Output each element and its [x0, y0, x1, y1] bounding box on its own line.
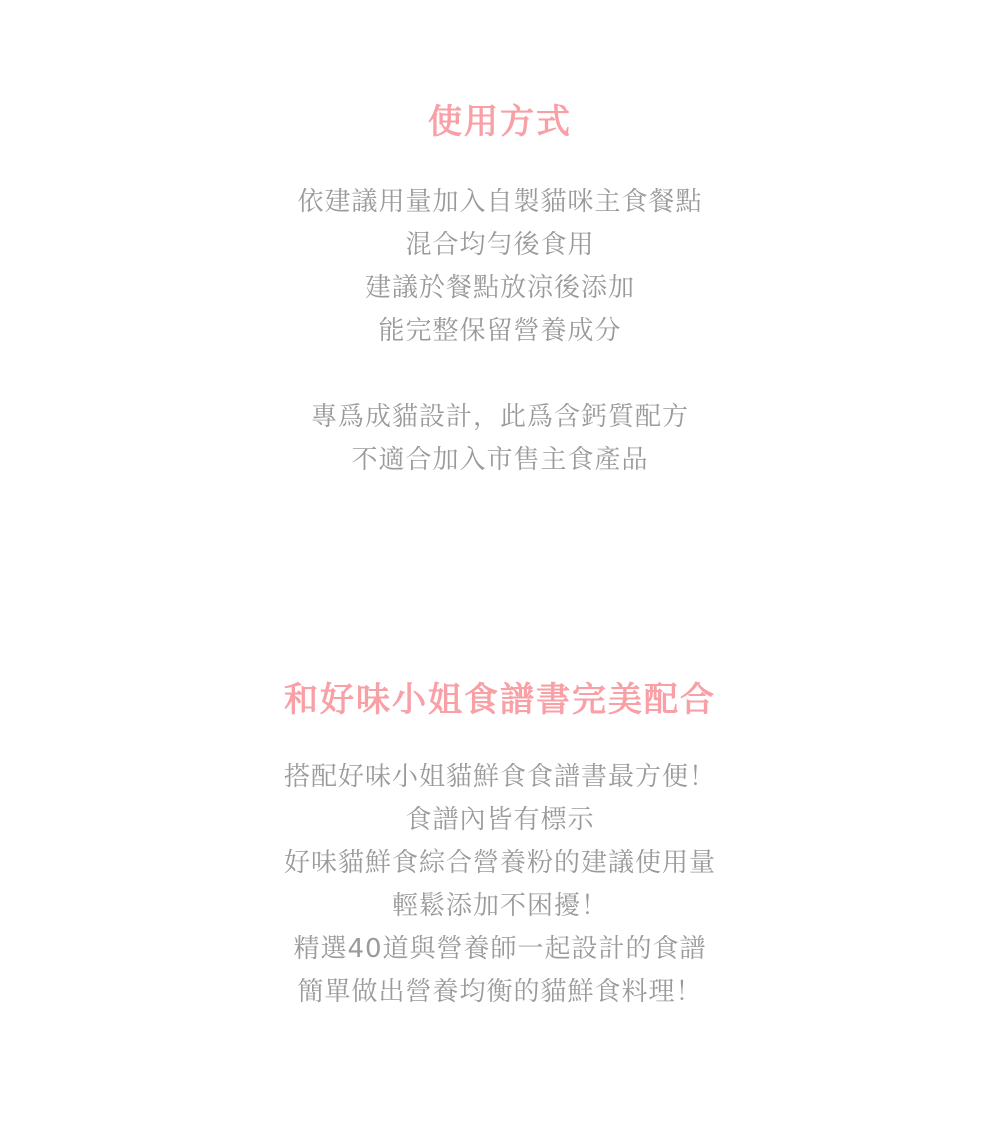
body-text-line: 建議於餐點放涼後添加: [0, 267, 1000, 310]
body-text-line: 能完整保留營養成分: [0, 310, 1000, 353]
usage-paragraph-note: 專爲成貓設計，此爲含鈣質配方 不適合加入市售主食產品: [0, 396, 1000, 482]
body-text-line: 不適合加入市售主食產品: [0, 439, 1000, 482]
usage-paragraph-main: 依建議用量加入自製貓咪主食餐點 混合均勻後食用 建議於餐點放涼後添加 能完整保留…: [0, 181, 1000, 353]
section-title-usage: 使用方式: [0, 98, 1000, 146]
body-text-line: 好味貓鮮食綜合營養粉的建議使用量: [0, 842, 1000, 885]
product-description-page: 使用方式 依建議用量加入自製貓咪主食餐點 混合均勻後食用 建議於餐點放涼後添加 …: [0, 0, 1000, 1130]
body-text-line: 搭配好味小姐貓鮮食食譜書最方便！: [0, 756, 1000, 799]
body-text-line: 精選40道與營養師一起設計的食譜: [0, 928, 1000, 971]
body-text-line: 專爲成貓設計，此爲含鈣質配方: [0, 396, 1000, 439]
body-text-line: 簡單做出營養均衡的貓鮮食料理！: [0, 971, 1000, 1014]
section-title-recipe-book: 和好味小姐食譜書完美配合: [0, 676, 1000, 724]
body-text-line: 食譜內皆有標示: [0, 799, 1000, 842]
body-text-line: 輕鬆添加不困擾！: [0, 885, 1000, 928]
body-text-line: 依建議用量加入自製貓咪主食餐點: [0, 181, 1000, 224]
body-text-line: 混合均勻後食用: [0, 224, 1000, 267]
recipe-book-paragraph: 搭配好味小姐貓鮮食食譜書最方便！ 食譜內皆有標示 好味貓鮮食綜合營養粉的建議使用…: [0, 756, 1000, 1014]
